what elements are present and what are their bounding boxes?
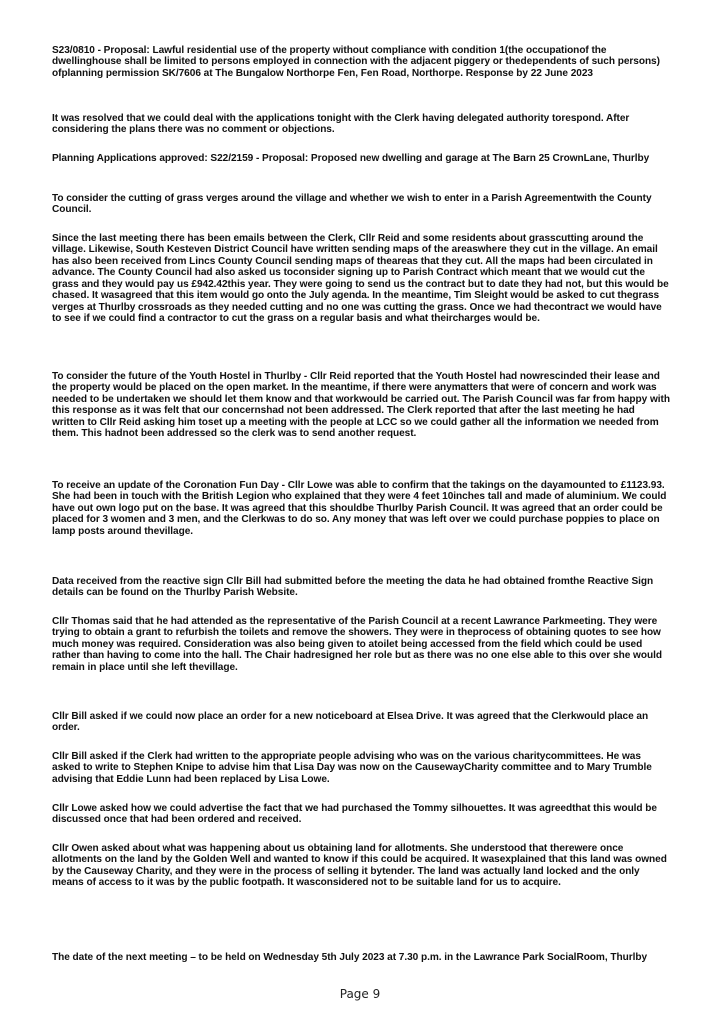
text-line: Cllr Owen asked about what was happening… bbox=[52, 843, 574, 854]
paragraph-reactive-sign: Data received from the reactive sign Cll… bbox=[52, 576, 670, 599]
paragraph-noticeboard: Cllr Bill asked if we could now place an… bbox=[52, 711, 670, 734]
paragraph-planning-s23-0810: S23/0810 - Proposal: Lawful residential … bbox=[52, 45, 670, 79]
paragraph-youth-hostel: To consider the future of the Youth Host… bbox=[52, 371, 670, 440]
text-line: considered not to be suitable land for u… bbox=[315, 877, 561, 888]
text-line: Cllr Lowe asked how we could advertise t… bbox=[52, 803, 572, 814]
text-line: Cllr Thomas said that he had attended as… bbox=[52, 616, 564, 627]
text-line: It was resolved that we could deal with … bbox=[52, 113, 561, 124]
text-line: Room, Thurlby bbox=[576, 952, 647, 963]
text-line: village. bbox=[159, 526, 193, 537]
paragraph-lawrance-park: Cllr Thomas said that he had attended as… bbox=[52, 616, 670, 673]
paragraph-planning-approved: Planning Applications approved: S22/2159… bbox=[52, 153, 670, 164]
text-line: not been addressed so the clerk was to s… bbox=[123, 428, 417, 439]
text-line: Cllr Bill asked if the Clerk had written… bbox=[52, 751, 545, 762]
text-line: charges would be. bbox=[453, 313, 540, 324]
paragraph-grass-verges-item: To consider the cutting of grass verges … bbox=[52, 193, 670, 216]
paragraph-next-meeting: The date of the next meeting – to be hel… bbox=[52, 952, 670, 963]
text-line: Since the last meeting there has been em… bbox=[52, 233, 556, 244]
text-line: To receive an update of the Coronation F… bbox=[52, 480, 558, 491]
text-line: agreed that this item would go onto the … bbox=[120, 290, 633, 301]
paragraph-coronation-fun-day: To receive an update of the Coronation F… bbox=[52, 480, 670, 537]
text-line: planning permission SK/7606 at The Bunga… bbox=[61, 68, 593, 79]
page-number: Page 9 bbox=[0, 987, 720, 1001]
text-line: S23/0810 - Proposal: Lawful residential … bbox=[52, 45, 579, 56]
text-line: Data received from the reactive sign Cll… bbox=[52, 576, 570, 587]
text-line: Planning Applications approved: S22/2159… bbox=[52, 153, 584, 164]
paragraph-grass-cutting-discussion: Since the last meeting there has been em… bbox=[52, 233, 670, 325]
text-line: To consider the future of the Youth Host… bbox=[52, 371, 540, 382]
text-line: village. bbox=[204, 662, 238, 673]
paragraph-tommy-silhouettes: Cllr Lowe asked how we could advertise t… bbox=[52, 803, 670, 826]
paragraph-charity-committees: Cllr Bill asked if the Clerk had written… bbox=[52, 751, 670, 785]
text-line: To consider the cutting of grass verges … bbox=[52, 193, 577, 204]
text-line: Lane, Thurlby bbox=[584, 153, 650, 164]
text-line: The date of the next meeting – to be hel… bbox=[52, 952, 576, 963]
text-line: Cllr Bill asked if we could now place an… bbox=[52, 711, 576, 722]
paragraph-allotments: Cllr Owen asked about what was happening… bbox=[52, 843, 670, 889]
paragraph-delegated-authority: It was resolved that we could deal with … bbox=[52, 113, 670, 136]
